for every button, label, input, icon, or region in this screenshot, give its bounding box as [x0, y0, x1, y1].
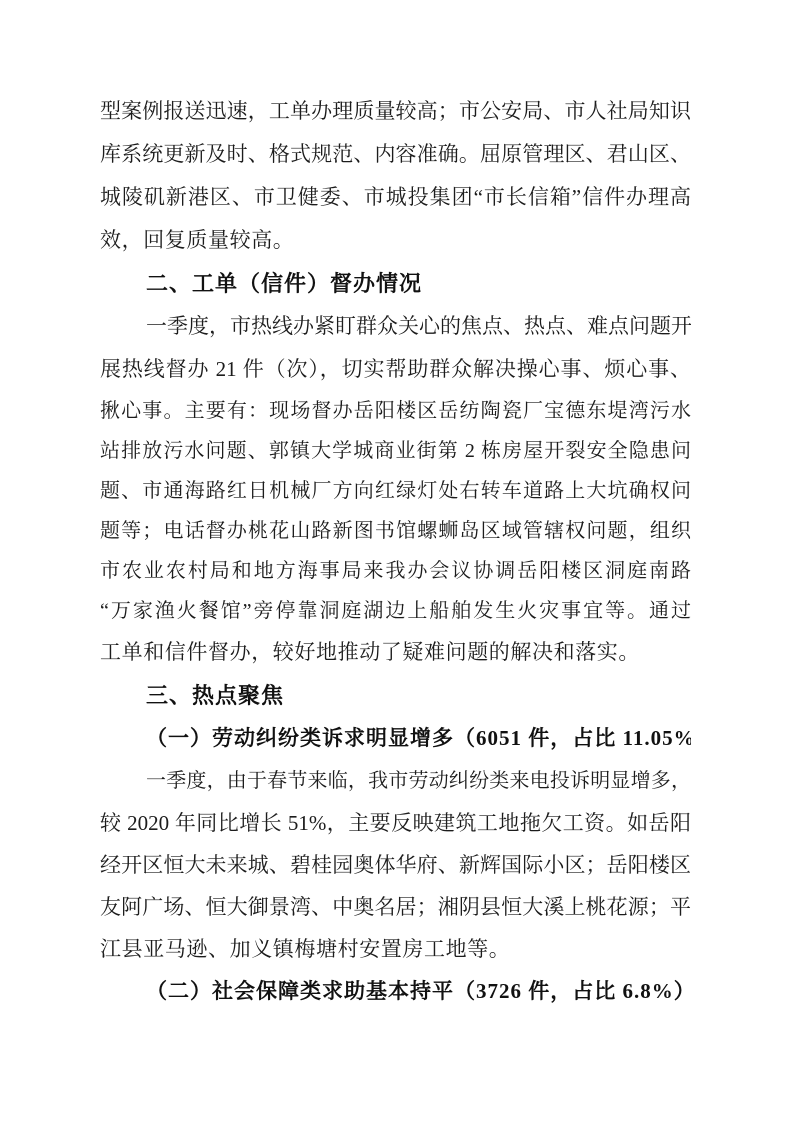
body-line: 城陵矶新港区、市卫健委、市城投集团“市长信箱”信件办理高 — [100, 176, 691, 219]
subsection-heading-labor-disputes: （一）劳动纠纷类诉求明显增多（6051 件，占比 11.05%） — [100, 717, 691, 760]
body-line: 效，回复质量较高。 — [100, 219, 691, 262]
body-line: 江县亚马逊、加义镇梅塘村安置房工地等。 — [100, 928, 691, 970]
body-line: 展热线督办 21 件（次），切实帮助群众解决操心事、烦心事、 — [100, 348, 691, 391]
body-line: 较 2020 年同比增长 51%，主要反映建筑工地拖欠工资。如岳阳 — [100, 802, 691, 844]
body-line: 市农业农村局和地方海事局来我办会议协调岳阳楼区洞庭南路 — [100, 551, 691, 591]
body-line: 站排放污水问题、郭镇大学城商业街第 2 栋房屋开裂安全隐患问 — [100, 431, 691, 471]
section-heading-hotspot-focus: 三、热点聚焦 — [100, 674, 691, 717]
body-line: 题、市通海路红日机械厂方向红绿灯处右转车道路上大坑确权问 — [100, 471, 691, 511]
body-line: 一季度，市热线办紧盯群众关心的焦点、热点、难点问题开 — [100, 305, 691, 348]
section-heading-workorder-supervision: 二、工单（信件）督办情况 — [100, 262, 691, 305]
body-line: 库系统更新及时、格式规范、内容准确。屈原管理区、君山区、 — [100, 133, 691, 176]
body-line: 工单和信件督办，较好地推动了疑难问题的解决和落实。 — [100, 631, 691, 674]
document-page: 型案例报送迅速，工单办理质量较高；市公安局、市人社局知识 库系统更新及时、格式规… — [0, 0, 793, 1122]
body-line: 一季度，由于春节来临，我市劳动纠纷类来电投诉明显增多， — [100, 760, 691, 802]
body-line: 友阿广场、恒大御景湾、中奥名居；湘阴县恒大溪上桃花源；平 — [100, 886, 691, 928]
body-line: 经开区恒大未来城、碧桂园奥体华府、新辉国际小区；岳阳楼区 — [100, 844, 691, 886]
body-line: 型案例报送迅速，工单办理质量较高；市公安局、市人社局知识 — [100, 90, 691, 133]
body-line: 题等；电话督办桃花山路新图书馆螺蛳岛区域管辖权问题，组织 — [100, 511, 691, 551]
subsection-heading-social-security: （二）社会保障类求助基本持平（3726 件，占比 6.8%） — [100, 970, 691, 1013]
document-content: 型案例报送迅速，工单办理质量较高；市公安局、市人社局知识 库系统更新及时、格式规… — [100, 90, 691, 1013]
body-line: 揪心事。主要有：现场督办岳阳楼区岳纺陶瓷厂宝德东堤湾污水 — [100, 391, 691, 431]
body-line: “万家渔火餐馆”旁停靠洞庭湖边上船舶发生火灾事宜等。通过 — [100, 591, 691, 631]
